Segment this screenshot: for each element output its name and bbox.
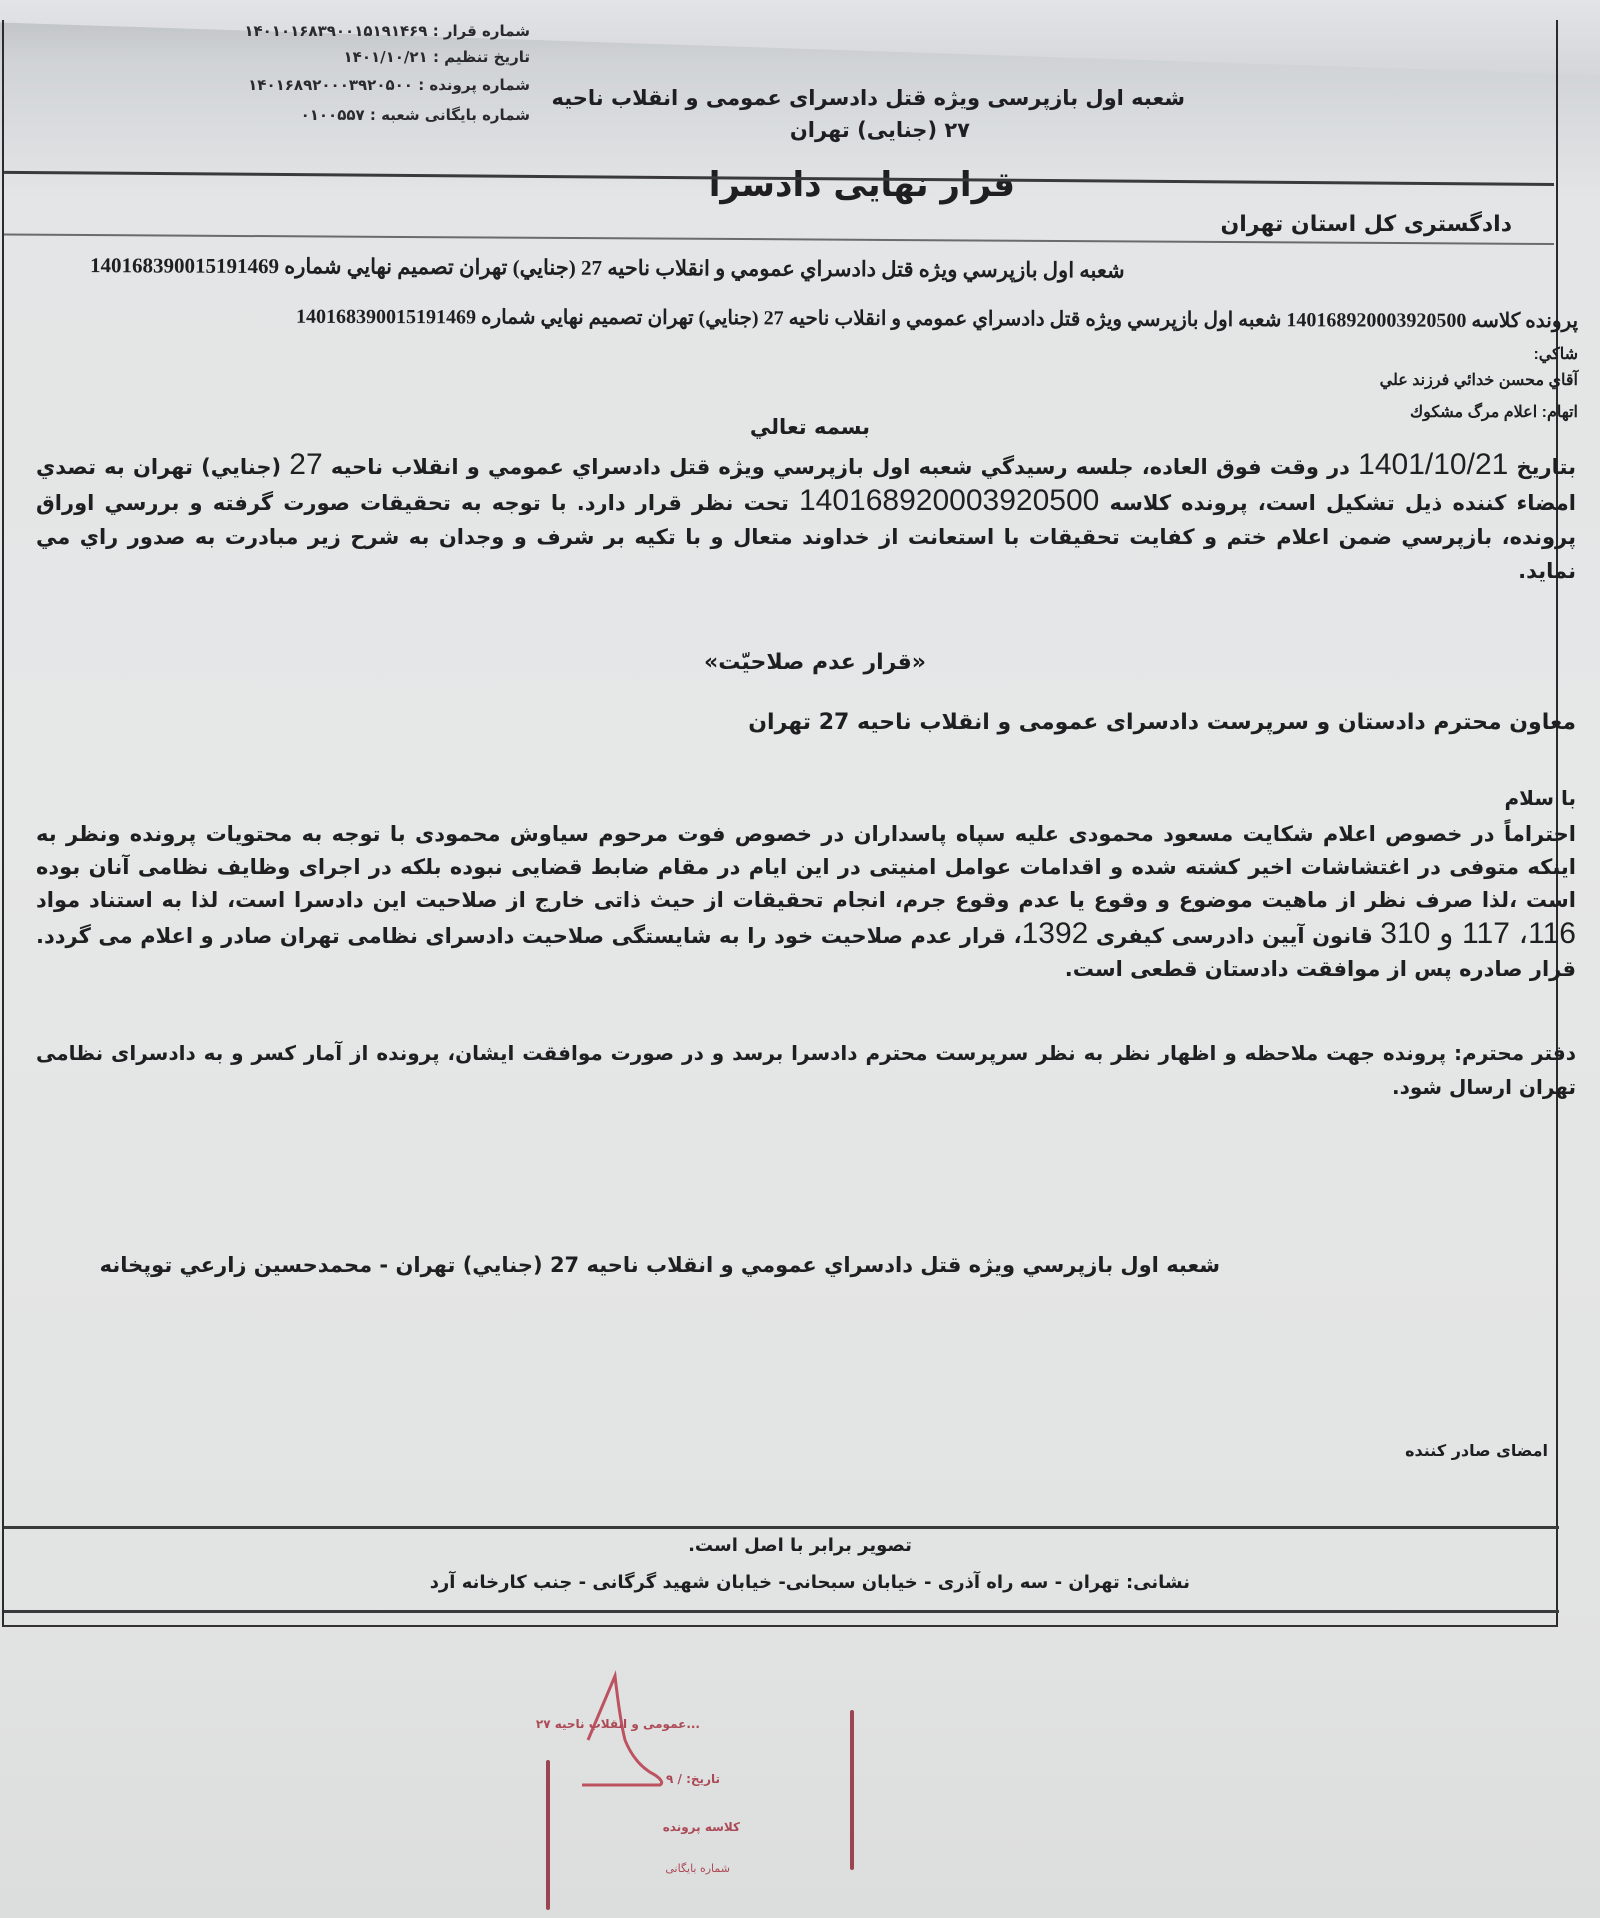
branch-name-line1: شعبه اول بازپرسی ویژه قتل دادسرای عمومی … (551, 86, 1185, 110)
meta-issue-date: تاریخ تنظیم : ۱۴۰۱/۱۰/۲۱ (170, 48, 530, 66)
value: ۱۴۰۱/۱۰/۲۱ (344, 48, 428, 66)
address: نشانی: تهران - سه راه آذری - خیابان سبحا… (430, 1572, 1190, 1593)
meta-archive-number: شماره بایگانی شعبه : ۰۱۰۰۵۵۷ (170, 106, 530, 124)
label: شماره قرار : (433, 22, 530, 40)
hearing-date: 1401/10/21 (1358, 448, 1508, 481)
case-reference: پرونده كلاسه 140168920003920500 شعبه اول… (296, 304, 1578, 333)
case-number: 140168920003920500 (799, 484, 1099, 517)
district-number: 27 (289, 448, 322, 481)
signatory: شعبه اول بازپرسي ويژه قتل دادسراي عمومي … (100, 1253, 1220, 1277)
label: تاریخ تنظیم : (433, 48, 530, 66)
stamp-archive: شماره بایگانی (665, 1862, 730, 1875)
decision-document: شماره قرار : ۱۴۰۱۰۱۶۸۳۹۰۰۱۵۱۹۱۴۶۹ تاریخ … (0, 0, 1600, 1918)
meta-decision-number: شماره قرار : ۱۴۰۱۰۱۶۸۳۹۰۰۱۵۱۹۱۴۶۹ (170, 22, 530, 40)
intro-paragraph: بتاريخ 1401/10/21 در وقت فوق العاده، جلس… (36, 448, 1576, 588)
signature-label: امضای صادر کننده (1405, 1441, 1548, 1460)
stamp-border-left (546, 1760, 550, 1910)
document-title: قرار نهایی دادسرا (709, 165, 1015, 205)
greeting: با سلام (1505, 786, 1577, 810)
addressee: معاون محترم دادستان و سرپرست دادسرای عمو… (748, 710, 1576, 735)
value: ۱۴۰۱۰۱۶۸۳۹۰۰۱۵۱۹۱۴۶۹ (244, 22, 427, 40)
stamp-date: تاریخ: / ۹ (666, 1772, 720, 1786)
label: شماره پرونده : (418, 76, 530, 94)
stamp-line1: ...عمومی و انقلاب ناحیه ۲۷ (536, 1717, 700, 1731)
text: بتاريخ (1508, 455, 1576, 479)
main-paragraph: احتراماً در خصوص اعلام شکایت مسعود محمود… (36, 818, 1576, 986)
footer-divider (4, 1526, 1559, 1529)
invocation: بسمه تعالي (700, 415, 920, 439)
meta-case-number: شماره پرونده : ۱۴۰۱۶۸۹۲۰۰۰۳۹۲۰۵۰۰ (170, 76, 530, 94)
office-note: دفتر محترم: پرونده جهت ملاحظه و اظهار نظ… (36, 1036, 1576, 1104)
certified-copy-note: تصویر برابر با اصل است. (650, 1535, 950, 1556)
complainant-name: آقاي محسن خدائي فرزند علي (1380, 370, 1578, 390)
decision-heading: «قرار عدم صلاحیّت» (650, 650, 980, 675)
complainant-label: شاكي: (1533, 344, 1578, 364)
official-stamp: ...عمومی و انقلاب ناحیه ۲۷ تاریخ: / ۹ کل… (540, 1650, 870, 1910)
charge: اتهام: اعلام مرگ مشكوك (1410, 402, 1578, 422)
branch-name-line2: ۲۷ (جنایی) تهران (790, 118, 970, 142)
footer-divider-bottom (4, 1610, 1559, 1613)
stamp-case: کلاسه پرونده (663, 1820, 740, 1834)
value: ۱۴۰۱۶۸۹۲۰۰۰۳۹۲۰۵۰۰ (248, 76, 413, 94)
stamp-border-right (850, 1710, 854, 1870)
article-numbers: 116، 117 و 310 (1380, 917, 1576, 950)
value: ۰۱۰۰۵۵۷ (301, 106, 365, 124)
label: شماره بایگانی شعبه : (370, 106, 530, 124)
text: در وقت فوق العاده، جلسه رسيدگي شعبه اول … (323, 455, 1359, 479)
text: قانون آیین دادرسی کیفری (1088, 924, 1380, 948)
court-name: دادگستری کل استان تهران (1220, 212, 1512, 237)
text: احتراماً در خصوص اعلام شکایت مسعود محمود… (36, 822, 1576, 912)
law-year: 1392 (1022, 917, 1089, 950)
